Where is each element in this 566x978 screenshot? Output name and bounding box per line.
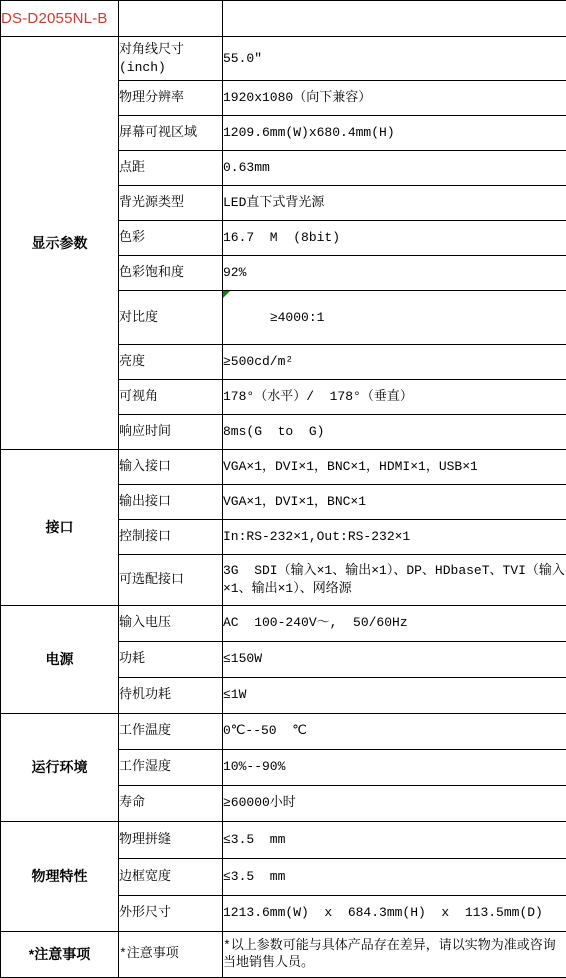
param-label: 点距 xyxy=(119,151,223,186)
param-label: 物理分辨率 xyxy=(119,81,223,116)
param-value: 0℃--50 ℃ xyxy=(223,713,566,749)
param-label: 色彩饱和度 xyxy=(119,256,223,291)
header-row: DS-D2055NL-B xyxy=(1,1,566,37)
param-label: 工作温度 xyxy=(119,713,223,749)
table-row: 运行环境 工作温度 0℃--50 ℃ xyxy=(1,713,566,749)
param-value: 3G SDI（输入×1、输出×1）、DP、HDbaseT、TVI（输入×1、输出… xyxy=(223,554,566,605)
param-value: 1209.6mm(W)x680.4mm(H) xyxy=(223,116,566,151)
category-cell-environment: 运行环境 xyxy=(1,713,119,821)
param-value: VGA×1，DVI×1，BNC×1 xyxy=(223,484,566,519)
param-label: 色彩 xyxy=(119,221,223,256)
param-label: 输入电压 xyxy=(119,605,223,641)
param-label: 外形尺寸 xyxy=(119,895,223,931)
param-label: 输入接口 xyxy=(119,449,223,484)
param-value: ≤1W xyxy=(223,677,566,713)
param-value: ≤3.5 mm xyxy=(223,858,566,895)
param-value: 10%--90% xyxy=(223,749,566,785)
param-label: 边框宽度 xyxy=(119,858,223,895)
model-number: DS-D2055NL-B xyxy=(1,1,119,37)
param-label: 工作湿度 xyxy=(119,749,223,785)
param-value: 1920x1080（向下兼容） xyxy=(223,81,566,116)
table-row: *注意事项 *注意事项 *以上参数可能与具体产品存在差异，请以实物为准或咨询当地… xyxy=(1,931,566,977)
empty-header-cell xyxy=(119,1,223,37)
param-value: 178°（水平）/ 178°（垂直） xyxy=(223,379,566,414)
param-label: 可视角 xyxy=(119,379,223,414)
param-value: 8ms(G to G) xyxy=(223,414,566,449)
param-value: ≥500cd/m² xyxy=(223,344,566,379)
param-label: 待机功耗 xyxy=(119,677,223,713)
param-label: 对角线尺寸(inch) xyxy=(119,37,223,81)
param-label: 寿命 xyxy=(119,785,223,821)
cell-comment-flag-icon xyxy=(223,291,230,298)
param-value: VGA×1，DVI×1，BNC×1，HDMI×1，USB×1 xyxy=(223,449,566,484)
param-value: 0.63mm xyxy=(223,151,566,186)
param-value: 16.7 M (8bit) xyxy=(223,221,566,256)
param-label: 背光源类型 xyxy=(119,186,223,221)
param-value: In:RS-232×1,Out:RS-232×1 xyxy=(223,519,566,554)
category-cell-interface: 接口 xyxy=(1,449,119,605)
category-cell-display: 显示参数 xyxy=(1,37,119,450)
category-cell-power: 电源 xyxy=(1,605,119,713)
table-row: 显示参数 对角线尺寸(inch) 55.0″ xyxy=(1,37,566,81)
table-row: 接口 输入接口 VGA×1，DVI×1，BNC×1，HDMI×1，USB×1 xyxy=(1,449,566,484)
param-value: ≤3.5 mm xyxy=(223,821,566,858)
param-label: 屏幕可视区域 xyxy=(119,116,223,151)
param-label: 亮度 xyxy=(119,344,223,379)
param-value: LED直下式背光源 xyxy=(223,186,566,221)
category-cell-physical: 物理特性 xyxy=(1,821,119,931)
param-value: ≤150W xyxy=(223,641,566,677)
param-value: AC 100-240V～, 50/60Hz xyxy=(223,605,566,641)
category-cell-notes: *注意事项 xyxy=(1,931,119,977)
param-value: ≥4000:1 xyxy=(223,291,566,345)
param-label: 响应时间 xyxy=(119,414,223,449)
param-label: 输出接口 xyxy=(119,484,223,519)
param-value-text: ≥4000:1 xyxy=(270,310,325,325)
empty-header-cell xyxy=(223,1,566,37)
param-value: 1213.6mm(W) x 684.3mm(H) x 113.5mm(D) xyxy=(223,895,566,931)
param-value: 55.0″ xyxy=(223,37,566,81)
table-row: 物理特性 物理拼缝 ≤3.5 mm xyxy=(1,821,566,858)
param-label: 对比度 xyxy=(119,291,223,345)
param-value: ≥60000小时 xyxy=(223,785,566,821)
param-value: 92% xyxy=(223,256,566,291)
table-row: 电源 输入电压 AC 100-240V～, 50/60Hz xyxy=(1,605,566,641)
param-label: 控制接口 xyxy=(119,519,223,554)
param-value: *以上参数可能与具体产品存在差异，请以实物为准或咨询当地销售人员。 xyxy=(223,931,566,977)
param-label: 可选配接口 xyxy=(119,554,223,605)
param-label: 功耗 xyxy=(119,641,223,677)
param-label: 物理拼缝 xyxy=(119,821,223,858)
spec-table: DS-D2055NL-B 显示参数 对角线尺寸(inch) 55.0″ 物理分辨… xyxy=(0,0,566,978)
param-label: *注意事项 xyxy=(119,931,223,977)
